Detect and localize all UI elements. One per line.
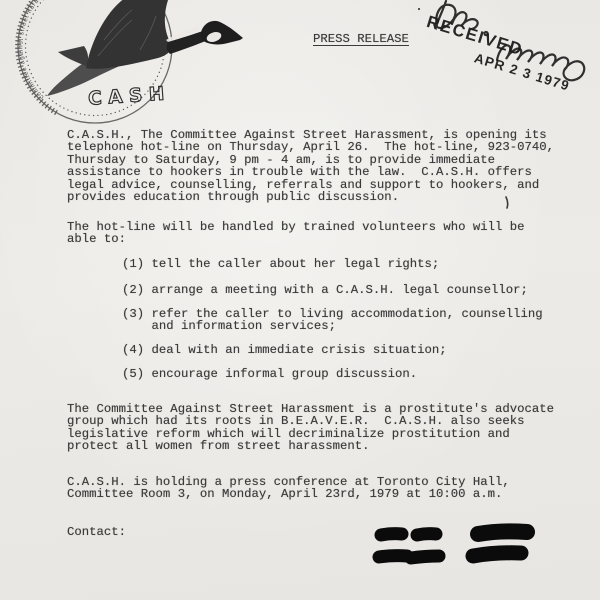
goose-head xyxy=(200,21,243,45)
goose-feather-texture xyxy=(98,10,156,56)
logo-dotted-circle xyxy=(26,0,165,116)
logo-cash-label: CASH xyxy=(88,83,172,110)
logo-rim-text: committee against street harassment xyxy=(17,0,59,101)
goose-tail xyxy=(58,46,88,66)
goose-far-wing xyxy=(47,44,144,96)
handwritten-note xyxy=(0,0,600,600)
goose-neck xyxy=(167,31,208,54)
goose-body xyxy=(86,0,171,69)
redaction-bars xyxy=(0,0,600,600)
list-item-5: (5) encourage informal group discussion. xyxy=(122,368,417,380)
paragraph-opening: C.A.S.H., The Committee Against Street H… xyxy=(67,129,554,203)
contact-label: Contact: xyxy=(67,526,126,538)
stray-dot xyxy=(418,8,420,10)
received-stamp: RECEIVED APR 2 3 1979 xyxy=(419,12,579,94)
logo-reeded-edge xyxy=(18,0,84,113)
list-item-3: (3) refer the caller to living accommoda… xyxy=(122,308,543,333)
list-item-2: (2) arrange a meeting with a C.A.S.H. le… xyxy=(122,284,528,296)
paragraph-hotline-volunteers: The hot-line will be handled by trained … xyxy=(67,221,525,246)
press-release-title: PRESS RELEASE xyxy=(313,33,409,45)
press-release-scan: committee against street harassment CASH… xyxy=(0,0,600,600)
goose-neck-gap xyxy=(166,26,200,44)
list-item-1: (1) tell the caller about her legal righ… xyxy=(122,258,439,270)
paragraph-advocate-group: The Committee Against Street Harassment … xyxy=(67,403,554,453)
list-item-4: (4) deal with an immediate crisis situat… xyxy=(122,344,447,356)
cash-goose-logo: committee against street harassment CASH xyxy=(0,0,260,132)
goose-cheek-patch xyxy=(205,30,222,43)
logo-outer-circle xyxy=(18,0,172,123)
paragraph-press-conference: C.A.S.H. is holding a press conference a… xyxy=(67,476,510,501)
redaction-strokes xyxy=(379,531,527,558)
